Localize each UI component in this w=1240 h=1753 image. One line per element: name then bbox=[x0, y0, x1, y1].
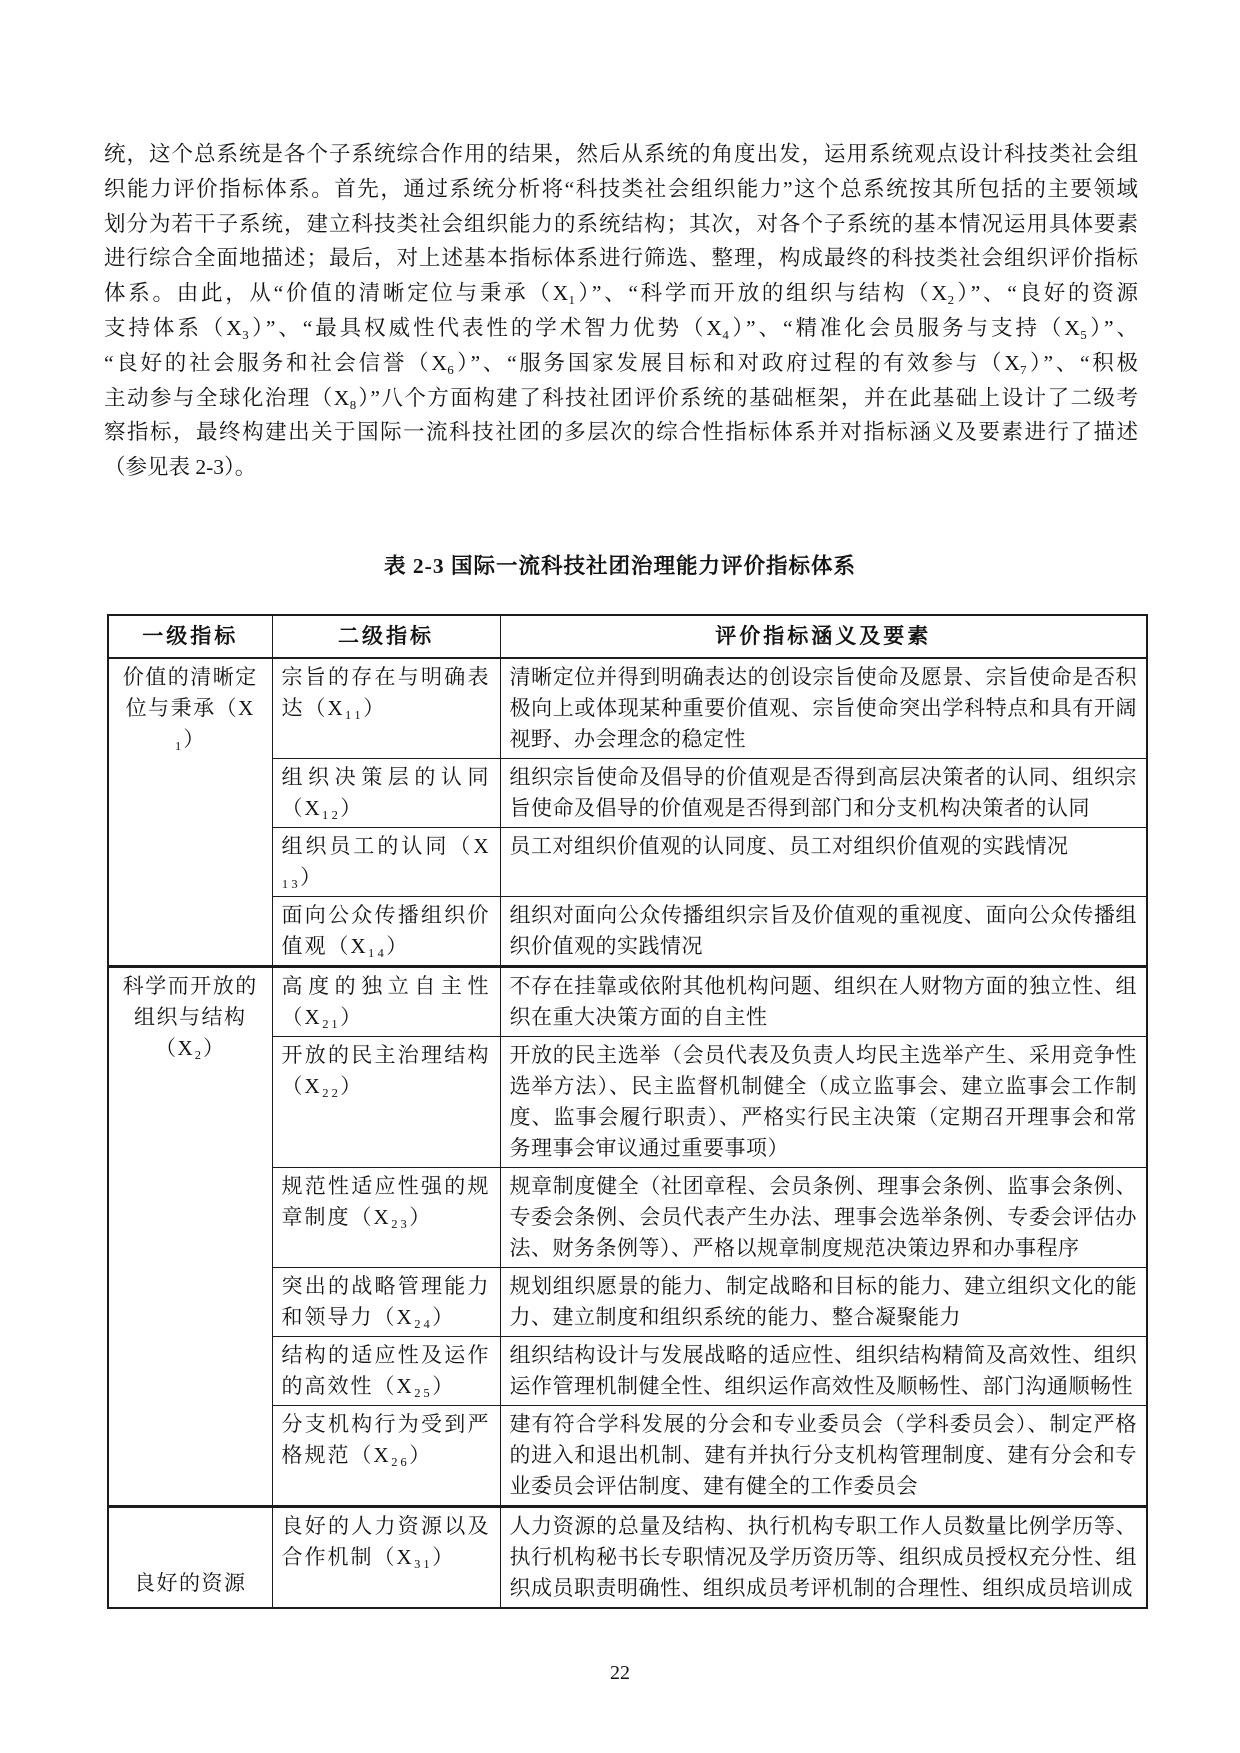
indicator-description-cell: 组织对面向公众传播组织宗旨及价值观的重视度、面向公众传播组织价值观的实践情况 bbox=[500, 897, 1147, 967]
paragraph-line: 体系。由此，从“价值的清晰定位与秉承（X₁）”、“科学而开放的组织与结构（X₂）… bbox=[104, 276, 1138, 311]
header-primary-indicator: 一级指标 bbox=[108, 615, 272, 658]
secondary-indicator-cell: 组织决策层的认同（X₁₂） bbox=[272, 759, 500, 828]
secondary-indicator-cell: 结构的适应性及运作的高效性（X₂₅） bbox=[272, 1337, 500, 1406]
indicator-description-cell: 开放的民主选举（会员代表及负责人均民主选举产生、采用竞争性选举方法）、民主监督机… bbox=[500, 1037, 1147, 1168]
paragraph-line: 织能力评价指标体系。首先，通过系统分析将“科技类社会组织能力”这个总系统按其所包… bbox=[104, 172, 1138, 207]
secondary-indicator-cell: 宗旨的存在与明确表达（X₁₁） bbox=[272, 658, 500, 759]
indicator-description-cell: 组织结构设计与发展战略的适应性、组织结构精简及高效性、组织运作管理机制健全性、组… bbox=[500, 1337, 1147, 1406]
primary-indicator-cell: 科学而开放的组织与结构（X₂） bbox=[108, 967, 272, 1507]
secondary-indicator-cell: 规范性适应性强的规章制度（X₂₃） bbox=[272, 1168, 500, 1268]
table-row: 科学而开放的组织与结构（X₂） 高度的独立自主性（X₂₁） 不存在挂靠或依附其他… bbox=[108, 967, 1147, 1037]
table-header-row: 一级指标 二级指标 评价指标涵义及要素 bbox=[108, 615, 1147, 658]
secondary-indicator-cell: 开放的民主治理结构（X₂₂） bbox=[272, 1037, 500, 1168]
secondary-indicator-cell: 高度的独立自主性（X₂₁） bbox=[272, 967, 500, 1037]
secondary-indicator-cell: 组织员工的认同（X₁₃） bbox=[272, 828, 500, 897]
header-indicator-meaning: 评价指标涵义及要素 bbox=[500, 615, 1147, 658]
header-secondary-indicator: 二级指标 bbox=[272, 615, 500, 658]
secondary-indicator-cell: 分支机构行为受到严格规范（X₂₆） bbox=[272, 1406, 500, 1507]
table-row: 价值的清晰定位与秉承（X₁） 宗旨的存在与明确表达（X₁₁） 清晰定位并得到明确… bbox=[108, 658, 1147, 759]
indicator-description-cell: 组织宗旨使命及倡导的价值观是否得到高层决策者的认同、组织宗旨使命及倡导的价值观是… bbox=[500, 759, 1147, 828]
indicator-description-cell: 清晰定位并得到明确表达的创设宗旨使命及愿景、宗旨使命是否积极向上或体现某种重要价… bbox=[500, 658, 1147, 759]
paragraph-line: 察指标，最终构建出关于国际一流科技社团的多层次的综合性指标体系并对指标涵义及要素… bbox=[104, 415, 1138, 450]
secondary-indicator-cell: 面向公众传播组织价值观（X₁₄） bbox=[272, 897, 500, 967]
paragraph-line: 支持体系（X₃）”、“最具权威性代表性的学术智力优势（X₄）”、“精准化会员服务… bbox=[104, 311, 1138, 346]
paragraph-line: 进行综合全面地描述；最后，对上述基本指标体系进行筛选、整理，构成最终的科技类社会… bbox=[104, 241, 1138, 276]
paragraph-line: 主动参与全球化治理（X₈）”八个方面构建了科技社团评价系统的基础框架，并在此基础… bbox=[104, 381, 1138, 416]
indicator-description-cell: 建有符合学科发展的分会和专业委员会（学科委员会）、制定严格的进入和退出机制、建有… bbox=[500, 1406, 1147, 1507]
paragraph-line: 划分为若干子系统，建立科技类社会组织能力的系统结构；其次，对各个子系统的基本情况… bbox=[104, 207, 1138, 242]
paragraph-line: 统，这个总系统是各个子系统综合作用的结果，然后从系统的角度出发，运用系统观点设计… bbox=[104, 137, 1138, 172]
paragraph-line: “良好的社会服务和社会信誉（X₆）”、“服务国家发展目标和对政府过程的有效参与（… bbox=[104, 346, 1138, 381]
body-paragraph: 统，这个总系统是各个子系统综合作用的结果，然后从系统的角度出发，运用系统观点设计… bbox=[104, 137, 1138, 485]
indicator-table: 一级指标 二级指标 评价指标涵义及要素 价值的清晰定位与秉承（X₁） 宗旨的存在… bbox=[107, 614, 1148, 1609]
page-number: 22 bbox=[0, 1662, 1240, 1685]
primary-indicator-cell: 良好的资源 bbox=[108, 1507, 272, 1609]
table-row: 良好的资源 良好的人力资源以及合作机制（X₃₁） 人力资源的总量及结构、执行机构… bbox=[108, 1507, 1147, 1609]
paragraph-line: （参见表 2-3）。 bbox=[104, 450, 1138, 485]
indicator-description-cell: 规章制度健全（社团章程、会员条例、理事会条例、监事会条例、专委会条例、会员代表产… bbox=[500, 1168, 1147, 1268]
indicator-description-cell: 不存在挂靠或依附其他机构问题、组织在人财物方面的独立性、组织在重大决策方面的自主… bbox=[500, 967, 1147, 1037]
indicator-description-cell: 人力资源的总量及结构、执行机构专职工作人员数量比例学历等、执行机构秘书长专职情况… bbox=[500, 1507, 1147, 1609]
secondary-indicator-cell: 突出的战略管理能力和领导力（X₂₄） bbox=[272, 1268, 500, 1337]
secondary-indicator-cell: 良好的人力资源以及合作机制（X₃₁） bbox=[272, 1507, 500, 1609]
indicator-description-cell: 规划组织愿景的能力、制定战略和目标的能力、建立组织文化的能力、建立制度和组织系统… bbox=[500, 1268, 1147, 1337]
indicator-description-cell: 员工对组织价值观的认同度、员工对组织价值观的实践情况 bbox=[500, 828, 1147, 897]
primary-indicator-cell: 价值的清晰定位与秉承（X₁） bbox=[108, 658, 272, 967]
table-caption: 表 2-3 国际一流科技社团治理能力评价指标体系 bbox=[0, 549, 1240, 580]
document-page: 统，这个总系统是各个子系统综合作用的结果，然后从系统的角度出发，运用系统观点设计… bbox=[0, 0, 1240, 1753]
